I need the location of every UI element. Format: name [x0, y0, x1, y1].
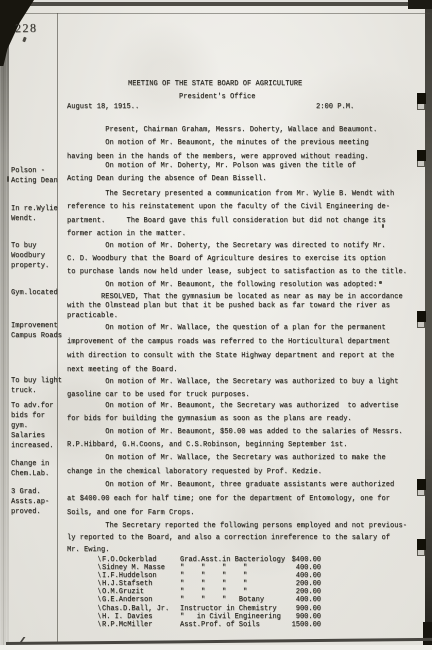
position-title: " " " Botany: [180, 596, 264, 604]
page-number: 228: [15, 21, 38, 36]
scan-bottom-strip: [0, 645, 432, 650]
meeting-time: 2:00 P.M.: [316, 102, 354, 112]
film-notch-icon: [417, 539, 426, 558]
table-row: \ F.O.Ockerblad Grad.Asst.in Bacteriolog…: [97, 556, 337, 564]
salary-amount: 900.00: [280, 613, 321, 621]
scan-left-edge-texture: [0, 0, 9, 650]
margin-note-gym-located: Gym.located: [11, 288, 58, 298]
scan-corner-blot-top-right: [408, 0, 432, 9]
employee-name: Chas.D.Ball, Jr.: [102, 605, 169, 613]
margin-note-salaries-increased: Salaries increased.: [11, 431, 54, 451]
salary-amount: 900.00: [280, 605, 321, 613]
table-row: \ G.E.Anderson " " " Botany 400.00: [97, 596, 337, 604]
salary-amount: 400.00: [280, 596, 321, 604]
scan-right-edge: [425, 0, 432, 650]
meeting-subtitle: President's Office: [179, 92, 256, 102]
employee-name: Sidney M. Masse: [102, 564, 165, 572]
margin-note-wylie-wendt: In re.Wylie Wendt.: [11, 204, 58, 224]
meeting-title: MEETING OF THE STATE BOARD OF AGRICULTUR…: [128, 79, 302, 89]
employee-name: F.O.Ockerblad: [102, 556, 157, 564]
employee-name: H. I. Davies: [102, 613, 152, 621]
position-title: Asst.Prof. of Soils: [180, 621, 260, 629]
meeting-date: August 18, 1915..: [67, 102, 139, 112]
scan-top-border: [0, 2, 432, 6]
gym-bids-paragraph: On motion of Mr. Beaumont, the Secretary…: [67, 400, 399, 427]
employment-report-paragraph: The Secretary reported the following per…: [67, 520, 407, 556]
wendt-communication-paragraph: The Secretary presented a communication …: [67, 188, 394, 242]
table-row: \ Chas.D.Ball, Jr. Instructor in Chemist…: [97, 605, 337, 613]
salary-amount: 1500.00: [280, 621, 321, 629]
table-row: \ H. I. Davies " in Civil Engineering 90…: [97, 613, 337, 621]
table-row: \ R.P.McMiller Asst.Prof. of Soils 1500.…: [97, 621, 337, 629]
employee-name: G.E.Anderson: [102, 596, 152, 604]
position-title: " " " ": [180, 564, 247, 572]
margin-note-light-truck: To buy light truck.: [11, 376, 62, 396]
check-mark-icon: \: [96, 604, 101, 613]
light-truck-paragraph: On motion of Mr. Wallace, the Secretary …: [67, 376, 399, 403]
dust-speck: [379, 281, 382, 284]
position-title: Grad.Asst.in Bacteriology: [180, 556, 285, 564]
woodbury-option-paragraph: On motion of Mr. Doherty, the Secretary …: [67, 240, 407, 280]
position-title: " in Civil Engineering: [180, 613, 281, 621]
margin-note-grad-assts: 3 Grad. Assts.ap- proved.: [11, 487, 49, 517]
employee-name: R.P.McMiller: [102, 621, 152, 629]
margin-note-gym-bids: To adv.for bids for gym.: [11, 401, 54, 431]
polson-acting-dean-paragraph: On motion of Mr. Doherty, Mr. Polson was…: [67, 160, 356, 187]
film-notch-icon: [417, 93, 426, 112]
salary-increase-paragraph: On motion of Mr. Beaumont, $50.00 was ad…: [67, 426, 403, 453]
check-mark-icon: \: [96, 596, 101, 605]
gym-location-resolution: RESOLVED, That the gymnasium be located …: [67, 293, 403, 322]
film-notch-icon: [417, 311, 426, 330]
salary-table: \ F.O.Ockerblad Grad.Asst.in Bacteriolog…: [97, 556, 337, 629]
resolution-intro-paragraph: On motion of Mr. Beaumont, the following…: [67, 279, 377, 292]
scan-top-rule: [5, 13, 430, 14]
check-mark-icon: \: [96, 620, 101, 629]
film-notch-icon: [417, 479, 426, 498]
margin-note-chem-lab-change: Change in Chem.Lab.: [11, 459, 49, 479]
scan-bottom-border: [6, 638, 432, 645]
film-notch-icon: [417, 150, 426, 169]
graduate-assistants-paragraph: On motion of Mr. Beaumont, three graduat…: [67, 478, 394, 520]
margin-note-campus-roads: Improvement Campus Roads: [11, 321, 62, 341]
margin-note-polson-acting-dean: Polson - Acting Dean: [11, 166, 58, 186]
attendance-line: Present, Chairman Graham, Messrs. Dohert…: [67, 124, 377, 137]
salary-amount: 400.00: [280, 564, 321, 572]
margin-note-woodbury-property: To buy Woodbury property.: [11, 241, 49, 271]
dust-speck: [7, 176, 9, 182]
campus-roads-paragraph: On motion of Mr. Wallace, the question o…: [67, 321, 394, 377]
table-row: \ Sidney M. Masse " " " " 400.00: [97, 564, 337, 572]
chem-lab-paragraph: On motion of Mr. Wallace, the Secretary …: [67, 452, 386, 479]
position-title: Instructor in Chemistry: [180, 605, 277, 613]
dust-speck: [22, 37, 27, 43]
salary-amount: $400.00: [280, 556, 321, 564]
scanned-minutes-page: 228 MEETING OF THE STATE BOARD OF AGRICU…: [0, 0, 432, 650]
